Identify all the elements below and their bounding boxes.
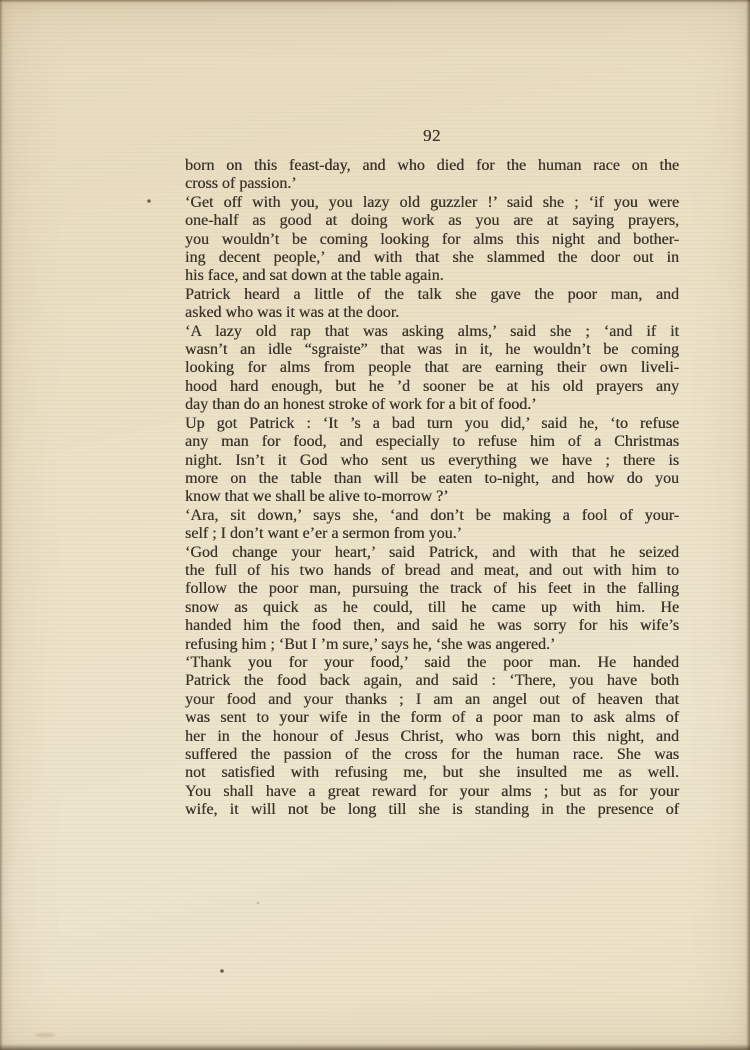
paragraph: ‘Thank you for your food,’ said the poor… bbox=[185, 654, 679, 820]
text-line: his face, and sat down at the table agai… bbox=[185, 267, 679, 285]
text-line: know that we shall be alive to-morrow ?’ bbox=[185, 488, 679, 506]
text-line: You shall have a great reward for your a… bbox=[185, 783, 679, 801]
scan-edge-left bbox=[0, 0, 3, 1050]
scan-edge-top bbox=[0, 0, 750, 3]
text-line: wife, it will not be long till she is st… bbox=[185, 801, 679, 819]
paragraph: Patrick heard a little of the talk she g… bbox=[185, 286, 679, 323]
text-line: Up got Patrick : ‘It ’s a bad turn you d… bbox=[185, 415, 679, 433]
text-line: the full of his two hands of bread and m… bbox=[185, 562, 679, 580]
text-line: ‘A lazy old rap that was asking alms,’ s… bbox=[185, 323, 679, 341]
text-line: day than do an honest stroke of work for… bbox=[185, 396, 679, 414]
text-line: cross of passion.’ bbox=[185, 175, 679, 193]
text-line: ing decent people,’ and with that she sl… bbox=[185, 249, 679, 267]
page-number: 92 bbox=[185, 126, 679, 146]
text-line: suffered the passion of the cross for th… bbox=[185, 746, 679, 764]
text-line: not satisfied with refusing me, but she … bbox=[185, 764, 679, 782]
text-line: you wouldn’t be coming looking for alms … bbox=[185, 231, 679, 249]
text-line: refusing him ; ‘But I ’m sure,’ says he,… bbox=[185, 636, 679, 654]
text-line: her in the honour of Jesus Christ, who w… bbox=[185, 728, 679, 746]
text-line: was sent to your wife in the form of a p… bbox=[185, 709, 679, 727]
text-line: handed him the food then, and said he wa… bbox=[185, 617, 679, 635]
text-line: night. Isn’t it God who sent us everythi… bbox=[185, 452, 679, 470]
text-line: one-half as good at doing work as you ar… bbox=[185, 212, 679, 230]
text-line: hood hard enough, but he ’d sooner be at… bbox=[185, 378, 679, 396]
ink-speck bbox=[220, 969, 224, 973]
text-block: born on this feast-day, and who died for… bbox=[185, 157, 679, 820]
text-line: wasn’t an idle “sgraiste” that was in it… bbox=[185, 341, 679, 359]
scan-edge-bottom bbox=[0, 1044, 750, 1050]
ink-speck bbox=[147, 199, 151, 203]
paragraph: Up got Patrick : ‘It ’s a bad turn you d… bbox=[185, 415, 679, 507]
text-line: more on the table than will be eaten to-… bbox=[185, 470, 679, 488]
paragraph: ‘God change your heart,’ said Patrick, a… bbox=[185, 544, 679, 654]
scanned-book-page: 92 born on this feast-day, and who died … bbox=[0, 0, 750, 1050]
text-line: ‘Ara, sit down,’ says she, ‘and don’t be… bbox=[185, 507, 679, 525]
text-line: any man for food, and especially to refu… bbox=[185, 433, 679, 451]
ink-speck bbox=[256, 901, 260, 905]
scan-edge-right bbox=[746, 0, 750, 1050]
paragraph: ‘Get off with you, you lazy old guzzler … bbox=[185, 194, 679, 286]
paper-smudge bbox=[35, 1033, 55, 1037]
text-line: Patrick heard a little of the talk she g… bbox=[185, 286, 679, 304]
text-line: snow as quick as he could, till he came … bbox=[185, 599, 679, 617]
text-line: looking for alms from people that are ea… bbox=[185, 359, 679, 377]
text-line: born on this feast-day, and who died for… bbox=[185, 157, 679, 175]
paragraph: born on this feast-day, and who died for… bbox=[185, 157, 679, 194]
text-line: ‘Get off with you, you lazy old guzzler … bbox=[185, 194, 679, 212]
text-line: asked who was it was at the door. bbox=[185, 304, 679, 322]
text-line: ‘God change your heart,’ said Patrick, a… bbox=[185, 544, 679, 562]
paragraph: ‘A lazy old rap that was asking alms,’ s… bbox=[185, 323, 679, 415]
text-line: ‘Thank you for your food,’ said the poor… bbox=[185, 654, 679, 672]
text-line: follow the poor man, pursuing the track … bbox=[185, 580, 679, 598]
paragraph: ‘Ara, sit down,’ says she, ‘and don’t be… bbox=[185, 507, 679, 544]
text-line: Patrick the food back again, and said : … bbox=[185, 672, 679, 690]
text-line: self ; I don’t want e’er a sermon from y… bbox=[185, 525, 679, 543]
text-line: your food and your thanks ; I am an ange… bbox=[185, 691, 679, 709]
